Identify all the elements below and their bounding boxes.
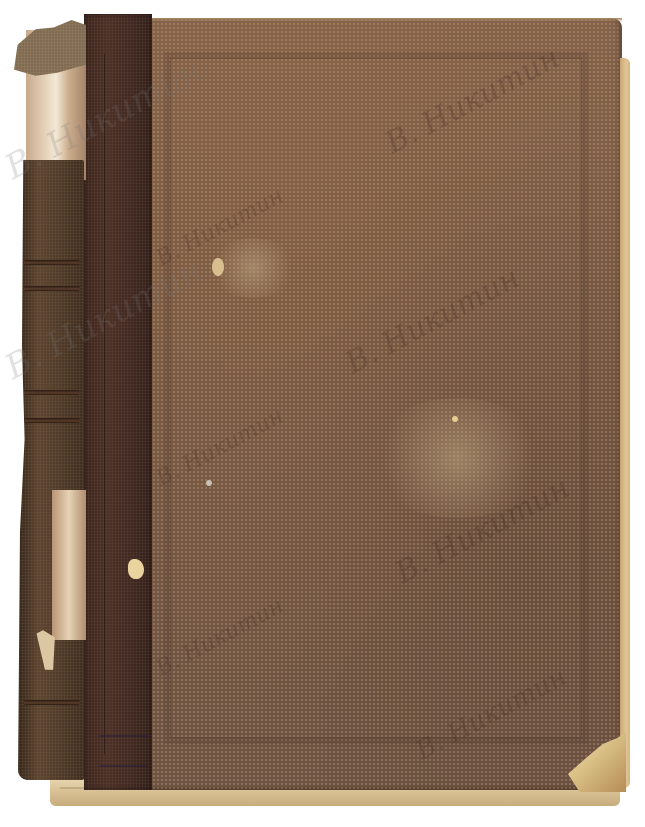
- blind-rule: [100, 765, 148, 767]
- spine-raised-band: [24, 418, 80, 423]
- signature-watermark: В. Никитин: [152, 404, 288, 492]
- spine-raised-band: [24, 390, 80, 395]
- stain-spot: [452, 416, 458, 422]
- signature-watermark: В. Никитин: [411, 662, 572, 766]
- book-photo: В. Никитин В. Никитин В. Никитин В. Ники…: [0, 0, 645, 827]
- stain-spot: [206, 480, 212, 486]
- spine-raised-band: [24, 260, 80, 265]
- spine-raised-band: [24, 286, 80, 291]
- signature-watermark: В. Никитин: [380, 40, 565, 161]
- spine-raised-band: [24, 700, 80, 705]
- board-fore-edge: [620, 58, 630, 788]
- stain-spot: [212, 258, 224, 276]
- leather-joint-strip: [84, 14, 152, 790]
- leather-scuff: [128, 559, 144, 579]
- exposed-spine-backing-lower: [52, 490, 86, 640]
- signature-watermark: В. Никитин: [152, 594, 288, 682]
- signature-watermark: В. Никитин: [340, 260, 525, 381]
- front-cover-board: В. Никитин В. Никитин В. Никитин В. Ники…: [148, 18, 622, 790]
- worn-patch: [368, 398, 548, 518]
- blind-rule: [100, 735, 148, 737]
- book-spine: [18, 160, 84, 780]
- damaged-corner: [568, 732, 626, 792]
- board-top-edge: [148, 18, 622, 22]
